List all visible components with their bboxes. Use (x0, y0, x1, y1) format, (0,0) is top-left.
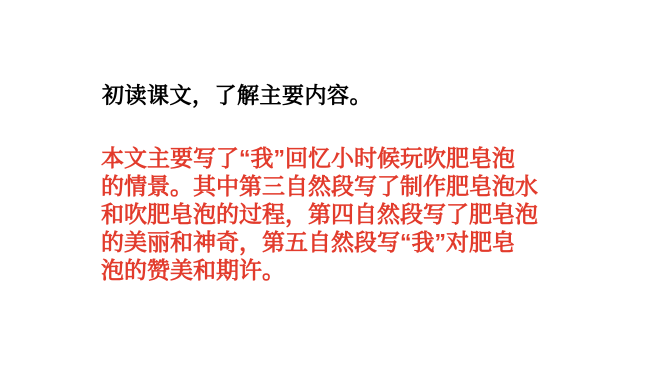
paragraph-line-5: 泡的赞美和期许。 (101, 256, 541, 284)
slide-paragraph: 本文主要写了“我”回忆小时候玩吹肥皂泡 的情景。其中第三自然段写了制作肥皂泡水 … (101, 144, 541, 284)
paragraph-line-2: 的情景。其中第三自然段写了制作肥皂泡水 (101, 172, 541, 200)
paragraph-line-4: 的美丽和神奇，第五自然段写“我”对肥皂 (101, 228, 541, 256)
paragraph-line-3: 和吹肥皂泡的过程，第四自然段写了肥皂泡 (101, 200, 541, 228)
slide-title: 初读课文，了解主要内容。 (102, 84, 372, 108)
paragraph-line-1: 本文主要写了“我”回忆小时候玩吹肥皂泡 (101, 144, 541, 172)
slide: 初读课文，了解主要内容。 本文主要写了“我”回忆小时候玩吹肥皂泡 的情景。其中第… (0, 0, 668, 376)
